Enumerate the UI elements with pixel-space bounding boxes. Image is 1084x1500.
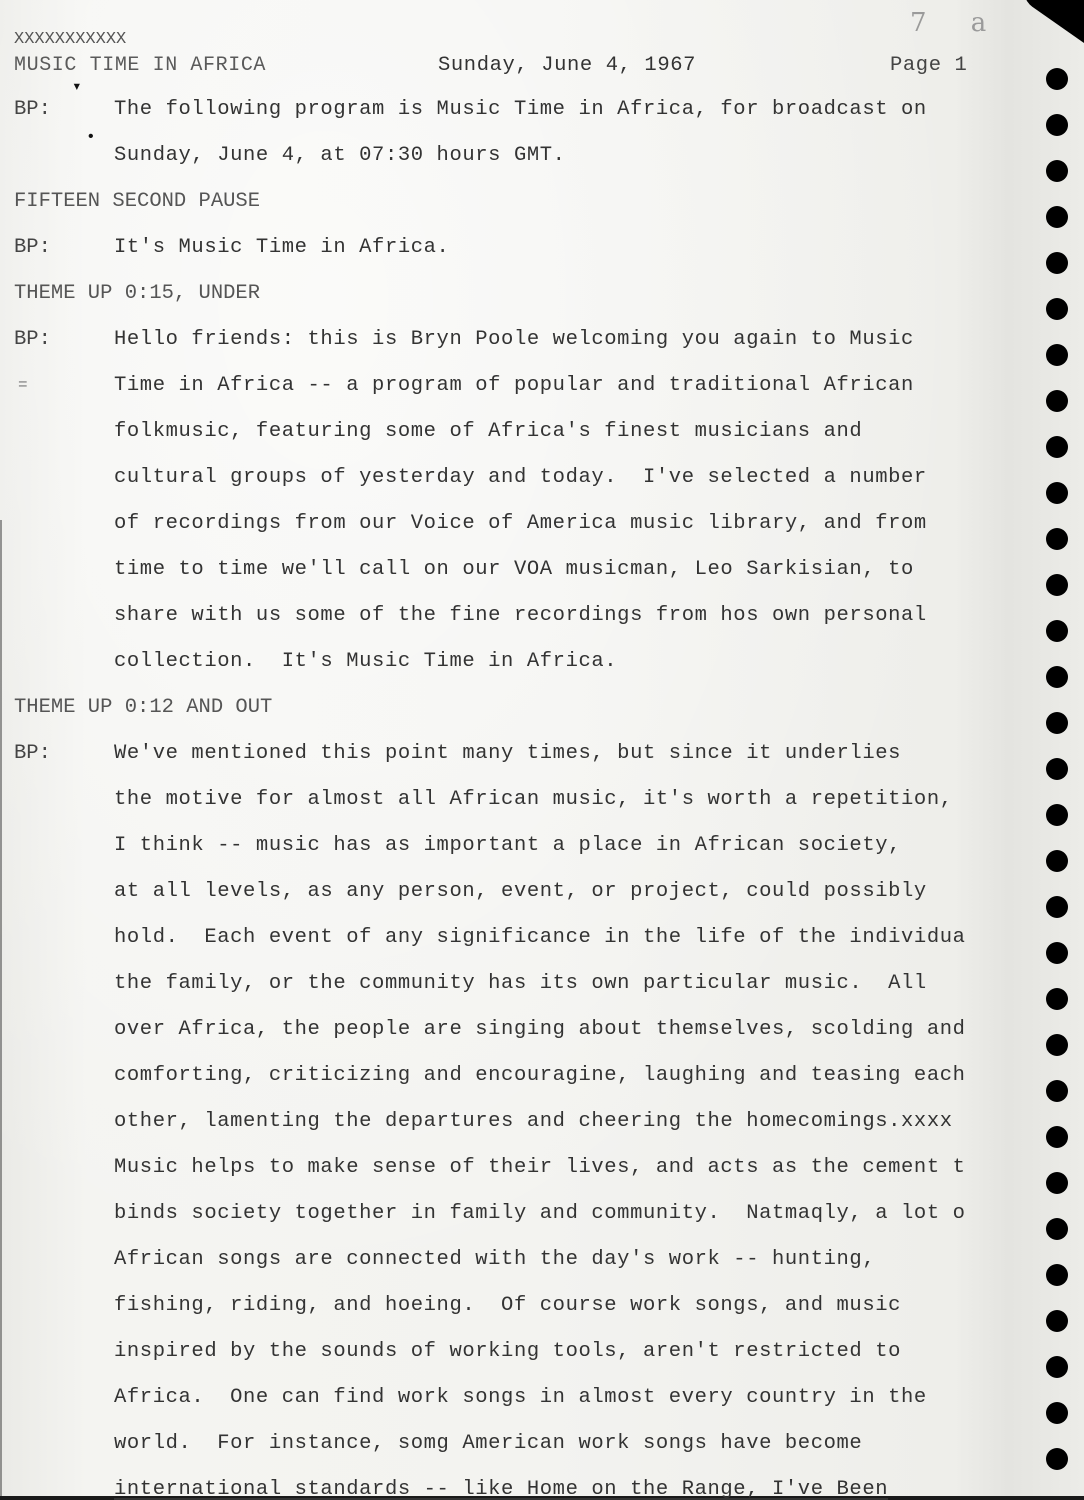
feed-hole	[1046, 1218, 1068, 1240]
feed-hole	[1046, 1264, 1068, 1286]
ink-mark: ▾	[72, 76, 82, 96]
speaker-label: BP:	[14, 742, 51, 765]
script-line: comforting, criticizing and encouragine,…	[114, 1064, 966, 1087]
feed-hole	[1046, 988, 1068, 1010]
production-cue: THEME UP 0:12 AND OUT	[14, 696, 272, 719]
feed-hole	[1046, 712, 1068, 734]
tractor-feed-holes	[1046, 68, 1070, 1494]
feed-hole	[1046, 1310, 1068, 1332]
speaker-label: BP:	[14, 236, 51, 259]
feed-hole	[1046, 482, 1068, 504]
page-corner-shadow	[1018, 0, 1084, 51]
script-line: share with us some of the fine recording…	[114, 604, 927, 627]
document-page: 7 a XXXXXXXXXXX MUSIC TIME IN AFRICA Sun…	[0, 0, 1084, 1500]
struck-out-text: XXXXXXXXXXX	[14, 30, 126, 49]
feed-hole	[1046, 528, 1068, 550]
feed-hole	[1046, 850, 1068, 872]
page-left-edge	[0, 520, 2, 1500]
script-line: of recordings from our Voice of America …	[114, 512, 927, 535]
feed-hole	[1046, 758, 1068, 780]
ditto-mark: =	[18, 376, 28, 394]
feed-hole	[1046, 666, 1068, 688]
program-title: MUSIC TIME IN AFRICA	[14, 54, 266, 77]
feed-hole	[1046, 206, 1068, 228]
script-line: folkmusic, featuring some of Africa's fi…	[114, 420, 862, 443]
broadcast-date: Sunday, June 4, 1967	[438, 54, 696, 77]
script-line: Music helps to make sense of their lives…	[114, 1156, 966, 1179]
script-line: African songs are connected with the day…	[114, 1248, 875, 1271]
feed-hole	[1046, 1126, 1068, 1148]
production-cue: THEME UP 0:15, UNDER	[14, 282, 260, 305]
feed-hole	[1046, 574, 1068, 596]
script-line: I think -- music has as important a plac…	[114, 834, 901, 857]
script-line: inspired by the sounds of working tools,…	[114, 1340, 901, 1363]
feed-hole	[1046, 68, 1068, 90]
script-line: Africa. One can find work songs in almos…	[114, 1386, 927, 1409]
feed-hole	[1046, 344, 1068, 366]
script-line: at all levels, as any person, event, or …	[114, 880, 927, 903]
script-line: cultural groups of yesterday and today. …	[114, 466, 927, 489]
script-line: fishing, riding, and hoeing. Of course w…	[114, 1294, 901, 1317]
feed-hole	[1046, 1034, 1068, 1056]
feed-hole	[1046, 1402, 1068, 1424]
handwritten-note: 7 a	[910, 8, 1004, 38]
feed-hole	[1046, 160, 1068, 182]
feed-hole	[1046, 1080, 1068, 1102]
feed-hole	[1046, 1448, 1068, 1470]
feed-hole	[1046, 620, 1068, 642]
feed-hole	[1046, 252, 1068, 274]
script-line: over Africa, the people are singing abou…	[114, 1018, 966, 1041]
script-line: The following program is Music Time in A…	[114, 98, 927, 121]
script-line: the family, or the community has its own…	[114, 972, 927, 995]
script-line: Time in Africa -- a program of popular a…	[114, 374, 914, 397]
feed-hole	[1046, 896, 1068, 918]
script-line: collection. It's Music Time in Africa.	[114, 650, 617, 673]
script-line: the motive for almost all African music,…	[114, 788, 953, 811]
feed-hole	[1046, 390, 1068, 412]
script-line: hold. Each event of any significance in …	[114, 926, 966, 949]
feed-hole	[1046, 1172, 1068, 1194]
script-line: international standards -- like Home on …	[114, 1478, 888, 1500]
script-line: Hello friends: this is Bryn Poole welcom…	[114, 328, 914, 351]
page-number: Page 1	[890, 54, 967, 77]
script-line: world. For instance, somg American work …	[114, 1432, 862, 1455]
ink-mark: •	[86, 128, 96, 146]
script-line: binds society together in family and com…	[114, 1202, 966, 1225]
script-line: We've mentioned this point many times, b…	[114, 742, 901, 765]
script-line: other, lamenting the departures and chee…	[114, 1110, 953, 1133]
script-line: Sunday, June 4, at 07:30 hours GMT.	[114, 144, 566, 167]
feed-hole	[1046, 804, 1068, 826]
feed-hole	[1046, 298, 1068, 320]
feed-hole	[1046, 942, 1068, 964]
script-line: It's Music Time in Africa.	[114, 236, 449, 259]
speaker-label: BP:	[14, 98, 51, 121]
feed-hole	[1046, 114, 1068, 136]
feed-hole	[1046, 1356, 1068, 1378]
script-line: time to time we'll call on our VOA music…	[114, 558, 914, 581]
speaker-label: BP:	[14, 328, 51, 351]
feed-hole	[1046, 436, 1068, 458]
production-cue: FIFTEEN SECOND PAUSE	[14, 190, 260, 213]
